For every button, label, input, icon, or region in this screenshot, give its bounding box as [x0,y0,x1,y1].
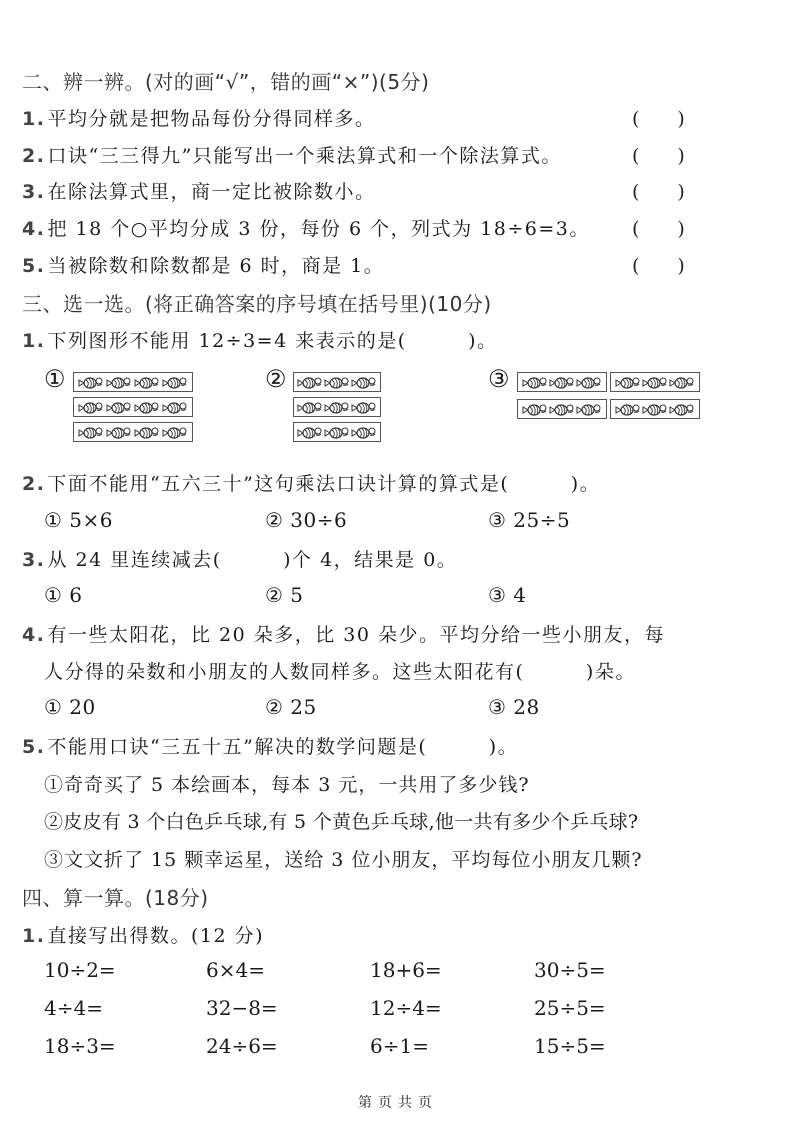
candy-icon [134,425,160,439]
candy-group [73,397,193,417]
choice-question-3: 3.从 24 里连续减去( )个 4，结果是 0。 [22,545,457,572]
question-text: 从 24 里连续减去( )个 4，结果是 0。 [47,549,457,571]
candy-icon [78,425,104,439]
candy-icon [78,375,104,389]
candy-icon [106,375,132,389]
calc-item[interactable]: 6×4= [206,958,265,982]
question-number: 4. [22,218,45,240]
candy-icon [351,400,377,414]
calc-item[interactable]: 24÷6= [206,1034,278,1058]
candy-group [517,372,607,392]
option-3[interactable]: ③ 25÷5 [488,508,570,532]
candy-icon [297,400,323,414]
option-2[interactable]: ② 30÷6 [265,508,347,532]
candy-group [73,422,193,442]
candy-group [610,372,700,392]
question-number: 5. [22,255,45,277]
option-1[interactable]: ① 20 [44,695,96,719]
question-number: 4. [22,624,45,646]
calc-question-1: 1.直接写出得数。(12 分) [22,921,264,948]
candy-icon [576,375,602,389]
question-text-line-1: 有一些太阳花，比 20 朵多，比 30 朵少。平均分给一些小朋友，每 [47,624,665,646]
question-number: 1. [22,330,45,352]
calc-item[interactable]: 6÷1= [370,1034,429,1058]
section-4-title: 四、算一算。(18分) [22,882,209,911]
question-number: 2. [22,145,45,167]
candy-icon [78,400,104,414]
calc-item[interactable]: 25÷5= [534,996,606,1020]
candy-icon [106,425,132,439]
candy-icon [297,425,323,439]
candy-icon [162,425,188,439]
question-text: 口诀“三三得九”只能写出一个乘法算式和一个除法算式。 [47,145,561,167]
judge-question-5: 5.当被除数和除数都是 6 时，商是 1。 [22,251,384,278]
candy-icon [642,402,668,416]
calc-item[interactable]: 15÷5= [534,1034,606,1058]
candy-icon [522,375,548,389]
candy-icon [324,375,350,389]
candy-icon [162,400,188,414]
question-number: 5. [22,736,45,758]
candy-icon [642,375,668,389]
option-1[interactable]: ① 6 [44,583,83,607]
question-text: 下列图形不能用 12÷3=4 来表示的是( )。 [47,330,497,352]
choice-question-5: 5.不能用口诀“三五十五”解决的数学问题是( )。 [22,732,518,759]
calc-item[interactable]: 4÷4= [44,996,103,1020]
page-footer: 第页共页 [358,1092,438,1112]
section-3-title: 三、选一选。(将正确答案的序号填在括号里)(10分) [22,288,492,317]
question-text: 平均分就是把物品每份分得同样多。 [47,108,375,130]
question-text: 下面不能用“五六三十”这句乘法口诀计算的算式是( )。 [47,473,600,495]
candy-icon [351,375,377,389]
calc-item[interactable]: 18+6= [370,958,442,982]
candy-icon [669,402,695,416]
calc-item[interactable]: 10÷2= [44,958,116,982]
candy-icon [576,402,602,416]
judge-question-4: 4.把 18 个○平均分成 3 份，每份 6 个，列式为 18÷6=3。 [22,214,590,241]
option-2[interactable]: ②皮皮有 3 个白色乒乓球,有 5 个黄色乒乓球,他一共有多少个乒乓球? [44,807,638,834]
question-text: 把 18 个○平均分成 3 份，每份 6 个，列式为 18÷6=3。 [47,218,589,240]
question-text-line-2: 人分得的朵数和小朋友的人数同样多。这些太阳花有( )朵。 [44,657,636,684]
candy-icon [351,425,377,439]
option-3[interactable]: ③ 28 [488,695,540,719]
calc-item[interactable]: 12÷4= [370,996,442,1020]
question-number: 2. [22,473,45,495]
question-text: 当被除数和除数都是 6 时，商是 1。 [47,255,384,277]
candy-group [610,399,700,419]
judge-question-2: 2.口诀“三三得九”只能写出一个乘法算式和一个除法算式。 [22,141,562,168]
candy-group [293,422,381,442]
candy-group [73,372,193,392]
figure-1-label: ① [44,365,66,393]
option-1[interactable]: ①奇奇买了 5 本绘画本，每本 3 元，一共用了多少钱? [44,770,530,797]
candy-icon [134,400,160,414]
candy-icon [134,375,160,389]
candy-icon [297,375,323,389]
option-2[interactable]: ② 25 [265,695,317,719]
calc-item[interactable]: 32−8= [206,996,278,1020]
figure-3-label: ③ [488,365,510,393]
answer-blank[interactable]: ( ) [632,251,685,278]
judge-question-1: 1.平均分就是把物品每份分得同样多。 [22,104,375,131]
question-number: 3. [22,181,45,203]
judge-question-3: 3.在除法算式里，商一定比被除数小。 [22,177,375,204]
question-number: 1. [22,925,45,947]
candy-icon [324,425,350,439]
candy-icon [615,402,641,416]
choice-question-1: 1.下列图形不能用 12÷3=4 来表示的是( )。 [22,326,498,353]
section-2-title: 二、辨一辨。(对的画“√”，错的画“×”)(5分) [22,66,429,95]
answer-blank[interactable]: ( ) [632,177,685,204]
candy-group [293,397,381,417]
question-number: 1. [22,108,45,130]
option-3[interactable]: ③文文折了 15 颗幸运星，送给 3 位小朋友，平均每位小朋友几颗? [44,845,643,872]
candy-icon [615,375,641,389]
candy-icon [549,375,575,389]
candy-icon [549,402,575,416]
question-text: 不能用口诀“三五十五”解决的数学问题是( )。 [47,736,518,758]
candy-icon [106,400,132,414]
candy-group [517,399,607,419]
choice-question-4: 4.有一些太阳花，比 20 朵多，比 30 朵少。平均分给一些小朋友，每 [22,620,665,647]
answer-blank[interactable]: ( ) [632,141,685,168]
option-3[interactable]: ③ 4 [488,583,527,607]
choice-question-2: 2.下面不能用“五六三十”这句乘法口诀计算的算式是( )。 [22,469,600,496]
figure-2-label: ② [265,365,287,393]
option-1[interactable]: ① 5×6 [44,508,113,532]
candy-icon [522,402,548,416]
question-number: 3. [22,549,45,571]
calc-item[interactable]: 30÷5= [534,958,606,982]
question-text: 直接写出得数。(12 分) [47,925,264,947]
question-text: 在除法算式里，商一定比被除数小。 [47,181,375,203]
calc-item[interactable]: 18÷3= [44,1034,116,1058]
candy-icon [162,375,188,389]
answer-blank[interactable]: ( ) [632,214,685,241]
option-2[interactable]: ② 5 [265,583,304,607]
candy-icon [324,400,350,414]
candy-icon [669,375,695,389]
answer-blank[interactable]: ( ) [632,104,685,131]
candy-group [293,372,381,392]
